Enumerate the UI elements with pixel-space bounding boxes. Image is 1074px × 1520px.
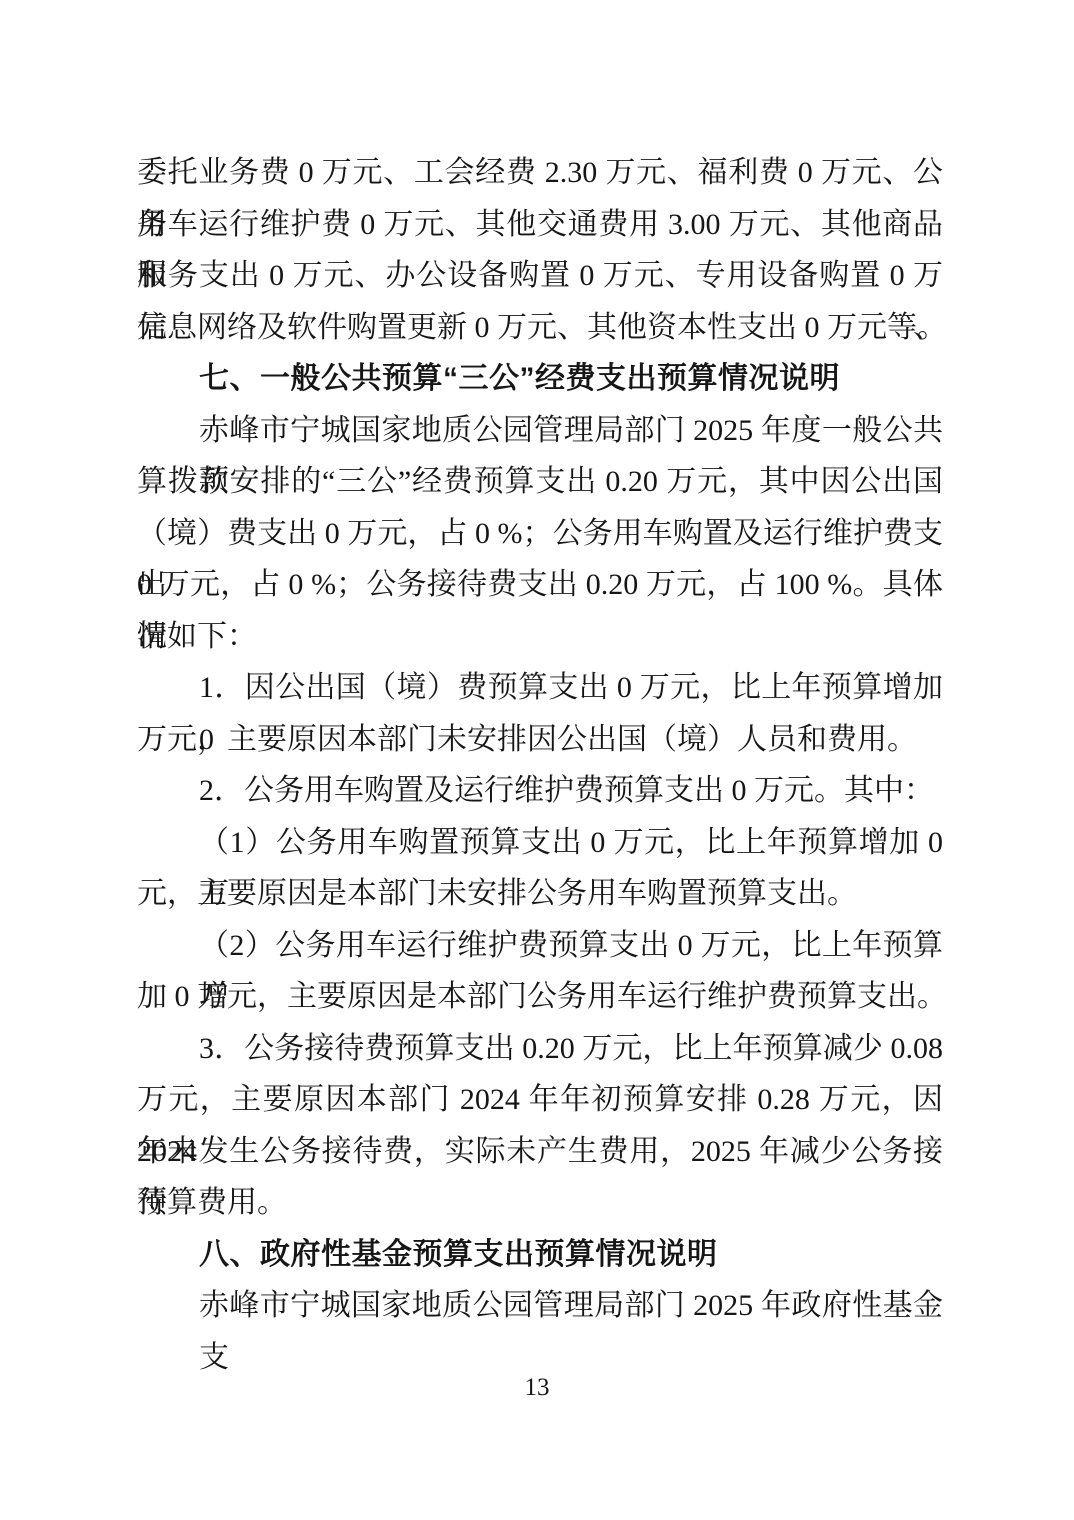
text-line: 算拨款安排的“三公”经费预算支出 0.20 万元，其中因公出国 [137,456,943,508]
text-line: 1．因公出国（境）费预算支出 0 万元，比上年预算增加 0 [137,662,943,714]
document-page: 委托业务费 0 万元、工会经费 2.30 万元、福利费 0 万元、公务用车运行维… [0,0,1074,1520]
section-heading: 七、一般公共预算“三公”经费支出预算情况说明 [137,353,943,405]
text-line: 元，主要原因是本部门未安排公务用车购置预算支出。 [137,868,943,920]
text-line: 赤峰市宁城国家地质公园管理局部门 2025 年度一般公共预 [137,405,943,457]
text-line: 赤峰市宁城国家地质公园管理局部门 2025 年政府性基金支 [137,1280,943,1332]
text-line: 况如下： [137,611,943,663]
text-line: （境）费支出 0 万元，占 0 %；公务用车购置及运行维护费支出 [137,508,943,560]
text-line: （1）公务用车购置预算支出 0 万元，比上年预算增加 0 万 [137,817,943,869]
text-line: 预算费用。 [137,1177,943,1229]
text-line: 万元，主要原因本部门 2024 年年初预算安排 0.28 万元，因 2024 [137,1074,943,1126]
text-line: 信息网络及软件购置更新 0 万元、其他资本性支出 0 万元等。 [137,302,943,354]
text-line: 万元，主要原因本部门未安排因公出国（境）人员和费用。 [137,714,943,766]
document-body: 委托业务费 0 万元、工会经费 2.30 万元、福利费 0 万元、公务用车运行维… [137,147,943,1332]
text-line: 用车运行维护费 0 万元、其他交通费用 3.00 万元、其他商品和 [137,199,943,251]
text-line: 2．公务用车购置及运行维护费预算支出 0 万元。其中： [137,765,943,817]
text-line: 年未发生公务接待费，实际未产生费用，2025 年减少公务接待 [137,1126,943,1178]
text-line: （2）公务用车运行维护费预算支出 0 万元，比上年预算增 [137,920,943,972]
text-line: 3．公务接待费预算支出 0.20 万元，比上年预算减少 0.08 [137,1023,943,1075]
text-line: 服务支出 0 万元、办公设备购置 0 万元、专用设备购置 0 万元、 [137,250,943,302]
text-line: 加 0 万元，主要原因是本部门公务用车运行维护费预算支出。 [137,971,943,1023]
section-heading: 八、政府性基金预算支出预算情况说明 [137,1229,943,1281]
text-line: 0 万元，占 0 %；公务接待费支出 0.20 万元，占 100 %。具体情 [137,559,943,611]
text-line: 委托业务费 0 万元、工会经费 2.30 万元、福利费 0 万元、公务 [137,147,943,199]
page-number: 13 [0,1372,1074,1404]
